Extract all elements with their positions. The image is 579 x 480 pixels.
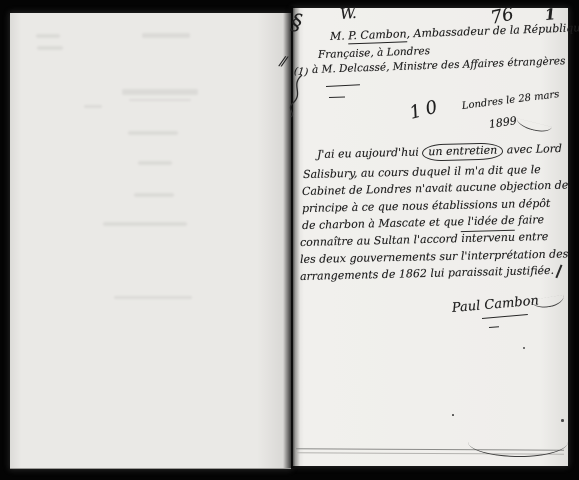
ink-speck (523, 347, 525, 349)
showthrough-ghost-text (36, 34, 60, 38)
addressee-prefix: à M. (312, 63, 339, 76)
showthrough-ghost-text (103, 222, 187, 226)
body-text: J'ai eu aujourd'hui (317, 145, 423, 161)
page-number: 1 (544, 5, 556, 24)
showthrough-ghost-text (138, 161, 172, 165)
body-text: avec Lord (503, 142, 562, 156)
circled-phrase: un entretien (422, 142, 503, 161)
left-blank-page (10, 13, 291, 469)
showthrough-ghost-text (84, 105, 102, 108)
sender-name: P. Cambon (348, 27, 407, 44)
ink-speck (452, 414, 454, 416)
signature-first-name: Paul (451, 298, 485, 316)
document-scan: § W. 76 1 M. P. Cambon, Ambassadeur de l… (0, 0, 579, 480)
sender-prefix: M. (330, 29, 349, 43)
showthrough-ghost-text (37, 46, 63, 50)
showthrough-ghost-text (122, 89, 198, 95)
pen-flourish (287, 73, 307, 119)
showthrough-ghost-text (114, 296, 192, 299)
overlined-word: intervenu (461, 230, 515, 245)
ink-speck (561, 419, 564, 422)
showthrough-ghost-text (129, 99, 191, 101)
showthrough-ghost-text (128, 131, 178, 135)
addressee-name: Delcassé (339, 61, 387, 75)
showthrough-ghost-text (134, 193, 174, 197)
body-text: entre (515, 230, 549, 244)
folio-mark-center: W. (339, 4, 356, 23)
showthrough-ghost-text (142, 33, 190, 38)
